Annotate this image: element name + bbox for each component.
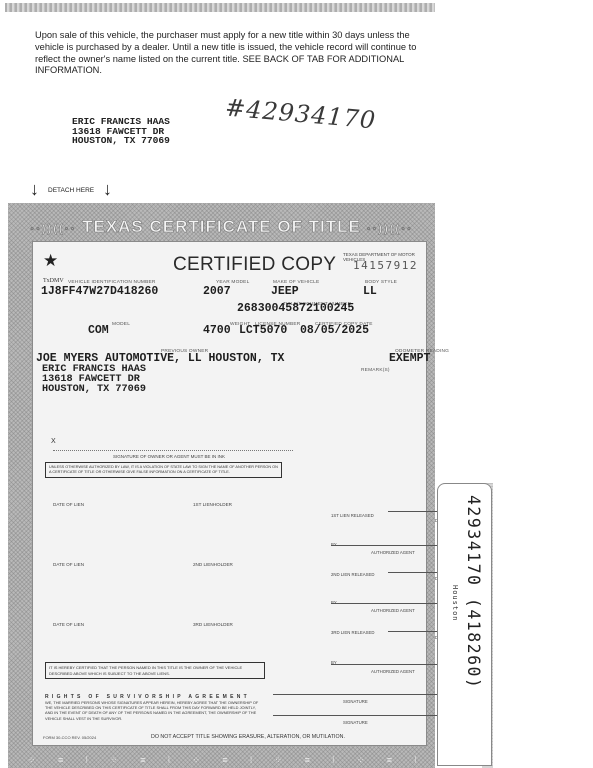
year-value: 2007 [203, 285, 231, 298]
body-style-value: LL [363, 285, 377, 298]
model-label: MODEL [112, 322, 130, 327]
txdmv-logo: ★ TxDMV [43, 252, 71, 287]
tab-reference-number: 42934170 (418260) [464, 495, 483, 689]
mailing-city: HOUSTON, TX 77069 [72, 136, 170, 146]
logo-text: TxDMV [43, 278, 64, 284]
remarks-label: REMARK(S) [361, 368, 390, 373]
lien1-agent-caption: AUTHORIZED AGENT [371, 550, 415, 555]
bottom-ornament-border: ⁘ ≡ ⦚ ⁘ ≡ ⦚ ⁘ ≡ ⦚ ⁘ ≡ ⦚ ⁘ ≡ ⦚ ⁘ ≡ ⦚ ⁘ ≡ … [28, 755, 428, 766]
issue-date-value: 08/05/2025 [300, 324, 369, 337]
survivorship-body: WE, THE MARRIED PERSONS WHOSE SIGNATURES… [45, 700, 260, 721]
lien2-holder-label: 2ND LIENHOLDER [193, 562, 233, 567]
star-icon: ★ [43, 252, 71, 269]
ownership-certification-box: IT IS HEREBY CERTIFIED THAT THE PERSON N… [45, 662, 265, 679]
legal-warning-box: UNLESS OTHERWISE AUTHORIZED BY LAW, IT I… [45, 462, 282, 478]
lien3-date-label: DATE OF LIEN [53, 622, 84, 627]
lien2-agent-caption: AUTHORIZED AGENT [371, 608, 415, 613]
model-value: COM [88, 324, 109, 337]
certificate-body: ★ TxDMV CERTIFIED COPY TEXAS DEPARTMENT … [32, 241, 427, 746]
detach-label: DETACH HERE [48, 187, 94, 194]
top-scan-strip [5, 3, 435, 12]
mailing-address: ERIC FRANCIS HAAS 13618 FAWCETT DR HOUST… [72, 117, 170, 146]
survivor-signature-caption-2: SIGNATURE [343, 720, 368, 725]
survivor-signature-line-2[interactable] [273, 715, 443, 716]
tab-city: Houston [451, 585, 459, 622]
license-value: LCT5070 [239, 324, 287, 337]
certified-copy-heading: CERTIFIED COPY [173, 254, 336, 276]
survivor-signature-caption-1: SIGNATURE [343, 699, 368, 704]
arrow-down-icon: ↓ [103, 180, 112, 198]
lien1-agent-line[interactable] [331, 545, 443, 546]
vin-value: 1J8FF47W27D418260 [41, 285, 158, 298]
lien2-date-label: DATE OF LIEN [53, 562, 84, 567]
lien3-agent-line[interactable] [331, 664, 443, 665]
ornament-icon: ◦◦))((◦◦ [30, 223, 76, 235]
lien1-holder-label: 1ST LIENHOLDER [193, 502, 232, 507]
lien3-agent-caption: AUTHORIZED AGENT [371, 669, 415, 674]
survivor-signature-line-1[interactable] [273, 694, 443, 695]
sale-notice: Upon sale of this vehicle, the purchaser… [35, 30, 430, 77]
detach-here-marker: ↓ DETACH HERE ↓ [30, 180, 130, 202]
lien3-holder-label: 3RD LIENHOLDER [193, 622, 233, 627]
lien1-released-line[interactable] [388, 511, 443, 512]
handwritten-number: #42934170 [224, 93, 377, 134]
form-number: FORM 30-CCO REV. 05/2024 [43, 735, 96, 740]
owner-address: ERIC FRANCIS HAAS 13618 FAWCETT DR HOUST… [42, 365, 146, 395]
lien2-released-label: 2ND LIEN RELEASED [331, 572, 374, 577]
certificate-title: ◦◦))((◦◦ TEXAS CERTIFICATE OF TITLE ◦◦))… [8, 217, 435, 237]
certificate-of-title: ◦◦))((◦◦ TEXAS CERTIFICATE OF TITLE ◦◦))… [8, 203, 435, 768]
lien2-released-line[interactable] [388, 572, 443, 573]
arrow-down-icon: ↓ [30, 180, 39, 198]
erasure-warning: DO NOT ACCEPT TITLE SHOWING ERASURE, ALT… [151, 734, 345, 740]
title-doc-value: 26830045872100245 [237, 302, 354, 315]
certificate-title-text: TEXAS CERTIFICATE OF TITLE [82, 217, 361, 236]
weight-value: 4700 [203, 324, 231, 337]
lien3-released-label: 3RD LIEN RELEASED [331, 630, 374, 635]
lien3-released-line[interactable] [388, 631, 443, 632]
document-number: 14157912 [353, 259, 418, 272]
detachable-tab: 42934170 (418260) Houston [437, 483, 492, 766]
owner-signature-line[interactable] [53, 443, 293, 451]
owner-city: HOUSTON, TX 77069 [42, 385, 146, 395]
lien1-released-label: 1ST LIEN RELEASED [331, 513, 374, 518]
ornament-icon: ◦◦))((◦◦ [367, 223, 413, 235]
make-value: JEEP [271, 285, 299, 298]
lien1-date-label: DATE OF LIEN [53, 502, 84, 507]
odometer-value: EXEMPT [389, 352, 430, 365]
lien2-agent-line[interactable] [331, 603, 443, 604]
signature-label: SIGNATURE OF OWNER OR AGENT MUST BE IN I… [113, 454, 225, 459]
